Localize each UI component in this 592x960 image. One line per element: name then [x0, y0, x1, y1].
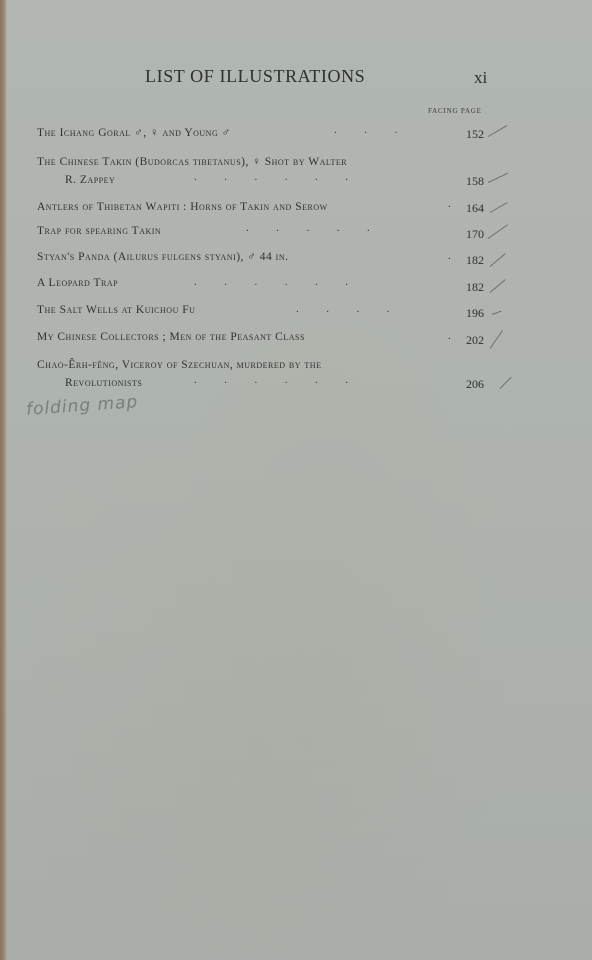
leader-dots: . . . . . [246, 222, 370, 234]
entry-page-number: 206 [466, 377, 484, 392]
entry-page-number: 170 [466, 227, 484, 242]
leader-dots: . . . [334, 124, 397, 136]
entry-title: The Salt Wells at Kuichou Fu [37, 304, 195, 316]
entry-page-number: 158 [466, 174, 484, 189]
entry-title: My Chinese Collectors ; Men of the Peasa… [37, 331, 305, 343]
entry-page-number: 182 [466, 253, 484, 268]
leader-dots: . [448, 330, 451, 342]
entry-page-number: 182 [466, 280, 484, 295]
leader-dots: . . . . . . [194, 276, 348, 288]
running-head: LIST OF ILLUSTRATIONS [145, 66, 365, 87]
entry-title: The Chinese Takin (Budorcas tibetanus), … [37, 156, 347, 168]
checkmark-icon [500, 377, 512, 389]
entry-title: A Leopard Trap [37, 277, 118, 289]
book-page: LIST OF ILLUSTRATIONS xi FACING PAGE The… [0, 0, 592, 960]
entry-title: Chao-Êrh-fêng, Viceroy of Szechuan, murd… [37, 359, 321, 371]
entry-title: Antlers of Thibetan Wapiti : Horns of Ta… [37, 201, 328, 213]
handwritten-annotation: folding map [25, 392, 138, 420]
page-binding-edge [0, 0, 7, 960]
leader-dots: . . . . . . [194, 374, 348, 386]
checkmark-icon [490, 253, 506, 267]
checkmark-icon [488, 125, 508, 137]
illustration-entry: Trap for spearing Takin [37, 222, 453, 240]
checkmark-icon [490, 330, 503, 349]
entry-page-number: 152 [466, 127, 484, 142]
entry-title: Styan's Panda (Ailurus fulgens styani), … [37, 251, 289, 263]
illustration-entry: The Salt Wells at Kuichou Fu [37, 301, 453, 319]
leader-dots: . . . . . . [194, 171, 348, 183]
leader-dots: . . . . [296, 303, 390, 315]
checkmark-icon [492, 311, 502, 315]
illustration-entry: My Chinese Collectors ; Men of the Peasa… [37, 328, 453, 346]
page-number-folio: xi [474, 68, 487, 88]
leader-dots: . [448, 198, 451, 210]
leader-dots: . [448, 250, 451, 262]
checkmark-icon [488, 224, 508, 239]
checkmark-icon [488, 173, 508, 183]
entry-title: The Ichang Goral ♂, ♀ and Young ♂ [37, 127, 231, 139]
entry-title: Trap for spearing Takin [37, 225, 161, 237]
entry-page-number: 196 [466, 306, 484, 321]
checkmark-icon [490, 279, 506, 293]
entry-page-number: 202 [466, 333, 484, 348]
facing-page-column-label: FACING PAGE [428, 107, 482, 115]
entry-page-number: 164 [466, 201, 484, 216]
illustration-entry: Antlers of Thibetan Wapiti : Horns of Ta… [37, 198, 453, 216]
checkmark-icon [490, 202, 508, 213]
illustration-entry: Styan's Panda (Ailurus fulgens styani), … [37, 248, 453, 266]
